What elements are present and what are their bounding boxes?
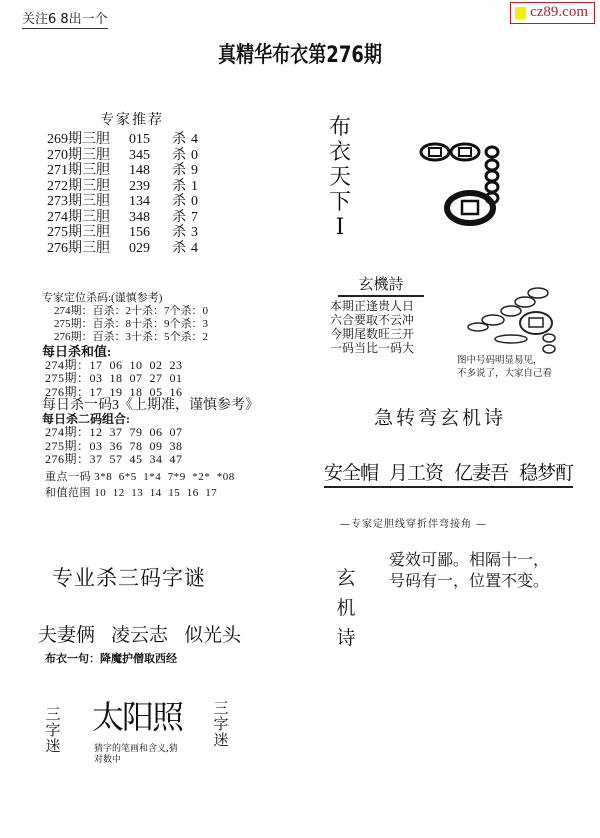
expert-recommend-heading: 专家推荐: [100, 109, 164, 129]
daily-one-kill: 每日杀一码3《上期准，谨慎参考》: [42, 399, 259, 413]
list-item: 270期三胆345杀0: [47, 148, 198, 164]
riddle-right-vertical: 三字迷: [212, 700, 230, 748]
page-title: 真精华布衣第276期: [54, 38, 546, 69]
top-note: 关注6 8出一个: [22, 8, 108, 29]
riddle-hint: 布衣一句：降魔护僧取西经: [45, 650, 177, 666]
turn-poem-words: 安全帽 月工资 亿妻吾 稳梦酊: [324, 458, 573, 488]
list-item: 269期三胆015杀4: [47, 132, 198, 148]
list-item: 275期：03 36 78 09 38: [42, 440, 259, 454]
list-item: 274期：12 37 79 06 07: [42, 426, 259, 440]
turn-poem-title: 急转弯玄机诗: [300, 403, 580, 430]
list-item: 275期：百杀：8十杀：9个杀：3: [42, 318, 208, 331]
list-item: 274期：17 06 10 02 23: [42, 359, 259, 373]
poem-text: 爱效可鄙。相隔十一， 号码有一，位置不变。: [389, 549, 549, 591]
list-item: 272期三胆239杀1: [47, 179, 198, 195]
riddle-note: 猜字的笔画和含义,猜对数中: [94, 744, 184, 766]
list-item: 276期三胆029杀4: [47, 241, 198, 257]
daily-two-kill-heading: 每日杀二码组合:: [42, 413, 259, 427]
riddle-left-vertical: 三字迷: [44, 706, 62, 754]
daily-kill-block: 每日杀和值: 274期：17 06 10 02 23 275期：03 18 07…: [42, 345, 259, 501]
list-item: 274期：百杀：2十杀：7个杀：0: [42, 305, 208, 318]
riddle-title: 专业杀三码字谜: [52, 562, 206, 592]
coin-image-note: 图中号码明显易见， 不多说了，大家自己看: [457, 354, 552, 380]
logo-square-icon: [515, 7, 526, 19]
list-item: 276期：百杀：3十杀：5个杀：2: [42, 331, 208, 344]
xuanji-poem-box: 玄機詩 本期正逢贵人日 六合要取不云冲 今期尾数旺三开 一码当比一码大: [330, 273, 430, 355]
daily-sum-kill-heading: 每日杀和值:: [42, 345, 259, 359]
site-logo[interactable]: cz89.com: [510, 2, 595, 24]
position-kill-block: 专家定位杀码:(谨慎参考) 274期：百杀：2十杀：7个杀：0 275期：百杀：…: [42, 292, 208, 344]
expert-line: —专家定胆线穿折伴弯接角 —: [340, 515, 487, 530]
list-item: 273期三胆134杀0: [47, 194, 198, 210]
xuanji-vertical-title: 玄机诗: [335, 563, 357, 653]
list-item: 275期：03 18 07 27 01: [42, 372, 259, 386]
key-code: 重点一码 3*8 6*5 1*4 7*9 *2* *08: [42, 471, 259, 485]
position-kill-heading: 专家定位杀码:(谨慎参考): [42, 292, 208, 305]
list-item: 274期三胆348杀7: [47, 210, 198, 226]
coins-diagram-icon: [415, 130, 535, 230]
buyi-vertical-title: 布衣天下I: [327, 115, 353, 240]
coins-chain-icon: [463, 285, 573, 355]
list-item: 271期三胆148杀9: [47, 163, 198, 179]
riddle-words: 夫妻俩 凌云志 似光头: [38, 620, 241, 647]
sum-range: 和值范围 10 12 13 14 15 16 17: [42, 487, 259, 501]
list-item: 275期三胆156杀3: [47, 225, 198, 241]
logo-text: cz89.com: [530, 4, 588, 21]
list-item: 276期：17 19 18 05 16: [42, 386, 259, 400]
xuanji-poem-heading: 玄機詩: [338, 273, 424, 297]
expert-recommend-list: 269期三胆015杀4 270期三胆345杀0 271期三胆148杀9 272期…: [47, 132, 198, 256]
riddle-big-word: 太阳照: [92, 692, 182, 738]
list-item: 276期：37 57 45 34 47: [42, 453, 259, 467]
